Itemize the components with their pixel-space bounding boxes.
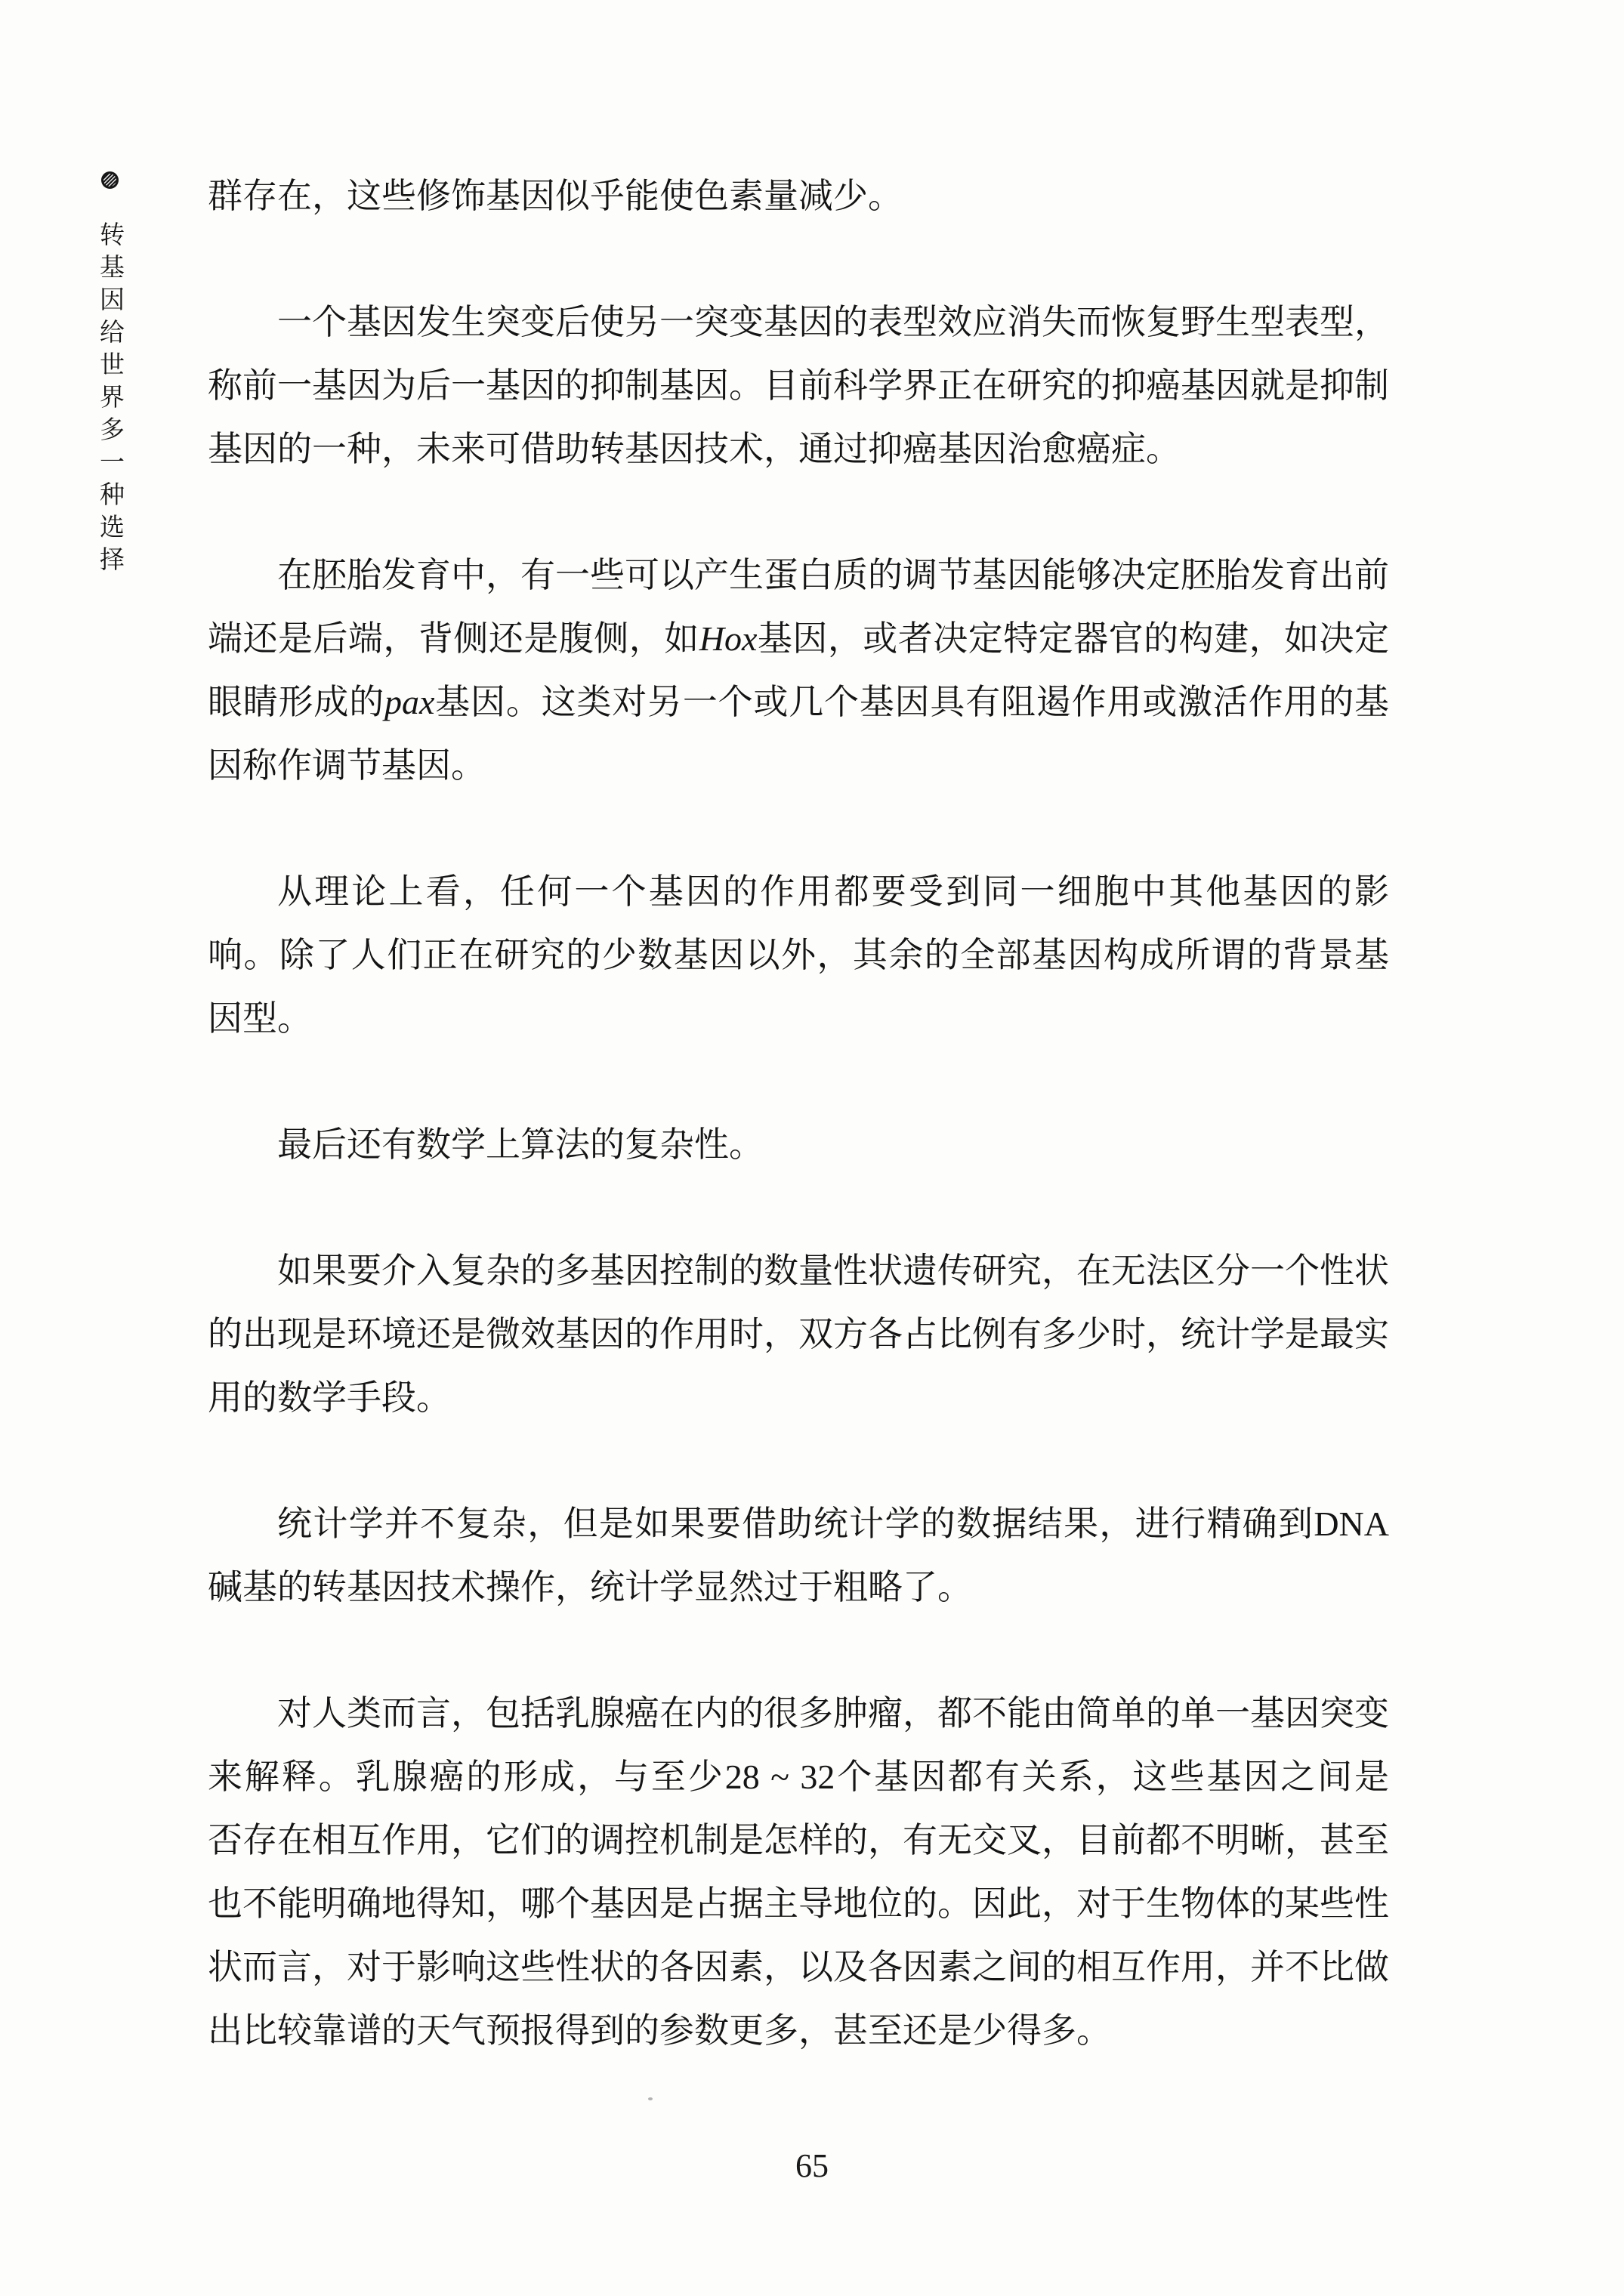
text-line: 端还是后端，背侧还是腹侧，如Hox基因，或者决定特定器官的构建，如决定 <box>208 607 1389 671</box>
text-run: 对人类而言，包括乳腺癌在内的很多肿瘤，都不能由简单的单一基因突变 <box>277 1694 1389 1733</box>
text-line: 也不能明确地得知，哪个基因是占据主导地位的。因此，对于生物体的某些性 <box>208 1872 1389 1936</box>
text-line: 来解释。乳腺癌的形成，与至少28 ~ 32个基因都有关系，这些基因之间是 <box>208 1745 1389 1809</box>
text-run: 来解释。乳腺癌的形成，与至少28 ~ 32个基因都有关系，这些基因之间是 <box>208 1757 1389 1796</box>
paragraph: 群存在，这些修饰基因似乎能使色素量减少。 <box>208 165 1389 228</box>
text-run: 响。除了人们正在研究的少数基因以外，其余的全部基因构成所谓的背景基 <box>208 936 1389 974</box>
scan-speck-artifact <box>648 2097 653 2100</box>
book-page: 转基因给世界多一种选择 群存在，这些修饰基因似乎能使色素量减少。一个基因发生突变… <box>0 0 1624 2296</box>
text-run: 在胚胎发育中，有一些可以产生蛋白质的调节基因能够决定胚胎发育出前 <box>277 556 1389 594</box>
text-line: 碱基的转基因技术操作，统计学显然过于粗略了。 <box>208 1556 1389 1619</box>
text-line: 统计学并不复杂，但是如果要借助统计学的数据结果，进行精确到DNA <box>208 1492 1389 1556</box>
text-run: 如果要介入复杂的多基因控制的数量性状遗传研究，在无法区分一个性状 <box>277 1251 1389 1290</box>
text-line: 群存在，这些修饰基因似乎能使色素量减少。 <box>208 165 1389 228</box>
text-line: 最后还有数学上算法的复杂性。 <box>208 1113 1389 1177</box>
text-line: 因称作调节基因。 <box>208 734 1389 798</box>
paragraph: 对人类而言，包括乳腺癌在内的很多肿瘤，都不能由简单的单一基因突变来解释。乳腺癌的… <box>208 1682 1389 2063</box>
text-run: 眼睛形成的 <box>208 683 384 721</box>
text-line: 如果要介入复杂的多基因控制的数量性状遗传研究，在无法区分一个性状 <box>208 1239 1389 1303</box>
text-run: 基因，或者决定特定器官的构建，如决定 <box>757 619 1389 658</box>
text-line: 响。除了人们正在研究的少数基因以外，其余的全部基因构成所谓的背景基 <box>208 924 1389 987</box>
section-ornament-icon <box>101 171 119 189</box>
text-run: 状而言，对于影响这些性状的各因素，以及各因素之间的相互作用，并不比做 <box>208 1948 1389 1986</box>
text-run: 一个基因发生突变后使另一突变基因的表型效应消失而恢复野生型表型， <box>277 303 1389 341</box>
text-run: 最后还有数学上算法的复杂性。 <box>277 1125 764 1164</box>
text-line: 眼睛形成的pax基因。这类对另一个或几个基因具有阻遏作用或激活作用的基 <box>208 671 1389 734</box>
text-line: 称前一基因为后一基因的抑制基因。目前科学界正在研究的抑癌基因就是抑制 <box>208 354 1389 418</box>
gene-name-italic: pax <box>384 683 434 721</box>
text-line: 状而言，对于影响这些性状的各因素，以及各因素之间的相互作用，并不比做 <box>208 1936 1389 1999</box>
text-run: 称前一基因为后一基因的抑制基因。目前科学界正在研究的抑癌基因就是抑制 <box>208 366 1389 405</box>
text-line: 出比较靠谱的天气预报得到的参数更多，甚至还是少得多。 <box>208 1999 1389 2063</box>
paragraph: 如果要介入复杂的多基因控制的数量性状遗传研究，在无法区分一个性状的出现是环境还是… <box>208 1239 1389 1430</box>
text-run: 用的数学手段。 <box>208 1378 451 1417</box>
text-line: 否存在相互作用，它们的调控机制是怎样的，有无交叉，目前都不明晰，甚至 <box>208 1809 1389 1872</box>
text-run: 基因。这类对另一个或几个基因具有阻遏作用或激活作用的基 <box>434 683 1389 721</box>
paragraph: 在胚胎发育中，有一些可以产生蛋白质的调节基因能够决定胚胎发育出前端还是后端，背侧… <box>208 544 1389 798</box>
text-run: 因称作调节基因。 <box>208 746 486 785</box>
text-line: 的出现是环境还是微效基因的作用时，双方各占比例有多少时，统计学是最实 <box>208 1303 1389 1366</box>
page-number: 65 <box>0 2146 1624 2185</box>
text-line: 因型。 <box>208 987 1389 1051</box>
text-run: 从理论上看，任何一个基因的作用都要受到同一细胞中其他基因的影 <box>277 872 1389 911</box>
text-line: 从理论上看，任何一个基因的作用都要受到同一细胞中其他基因的影 <box>208 860 1389 924</box>
text-run: 群存在，这些修饰基因似乎能使色素量减少。 <box>208 177 903 215</box>
text-run: 出比较靠谱的天气预报得到的参数更多，甚至还是少得多。 <box>208 2011 1111 2050</box>
text-run: 基因的一种，未来可借助转基因技术，通过抑癌基因治愈癌症。 <box>208 430 1181 468</box>
text-run: 碱基的转基因技术操作，统计学显然过于粗略了。 <box>208 1568 972 1606</box>
text-run: 否存在相互作用，它们的调控机制是怎样的，有无交叉，目前都不明晰，甚至 <box>208 1821 1389 1859</box>
paragraph: 最后还有数学上算法的复杂性。 <box>208 1113 1389 1177</box>
gene-name-italic: Hox <box>699 619 758 658</box>
text-line: 基因的一种，未来可借助转基因技术，通过抑癌基因治愈癌症。 <box>208 418 1389 481</box>
text-line: 对人类而言，包括乳腺癌在内的很多肿瘤，都不能由简单的单一基因突变 <box>208 1682 1389 1745</box>
text-run: 统计学并不复杂，但是如果要借助统计学的数据结果，进行精确到DNA <box>277 1504 1389 1543</box>
text-line: 一个基因发生突变后使另一突变基因的表型效应消失而恢复野生型表型， <box>208 291 1389 354</box>
text-run: 端还是后端，背侧还是腹侧，如 <box>208 619 699 658</box>
sidebar-vertical-title: 转基因给世界多一种选择 <box>92 221 128 579</box>
paragraph: 从理论上看，任何一个基因的作用都要受到同一细胞中其他基因的影响。除了人们正在研究… <box>208 860 1389 1051</box>
text-run: 因型。 <box>208 999 312 1038</box>
paragraph: 一个基因发生突变后使另一突变基因的表型效应消失而恢复野生型表型，称前一基因为后一… <box>208 291 1389 481</box>
paragraph: 统计学并不复杂，但是如果要借助统计学的数据结果，进行精确到DNA碱基的转基因技术… <box>208 1492 1389 1619</box>
text-run: 也不能明确地得知，哪个基因是占据主导地位的。因此，对于生物体的某些性 <box>208 1884 1389 1923</box>
text-run: 的出现是环境还是微效基因的作用时，双方各占比例有多少时，统计学是最实 <box>208 1315 1389 1353</box>
text-line: 在胚胎发育中，有一些可以产生蛋白质的调节基因能够决定胚胎发育出前 <box>208 544 1389 607</box>
body-text: 群存在，这些修饰基因似乎能使色素量减少。一个基因发生突变后使另一突变基因的表型效… <box>208 165 1389 2063</box>
text-line: 用的数学手段。 <box>208 1366 1389 1430</box>
